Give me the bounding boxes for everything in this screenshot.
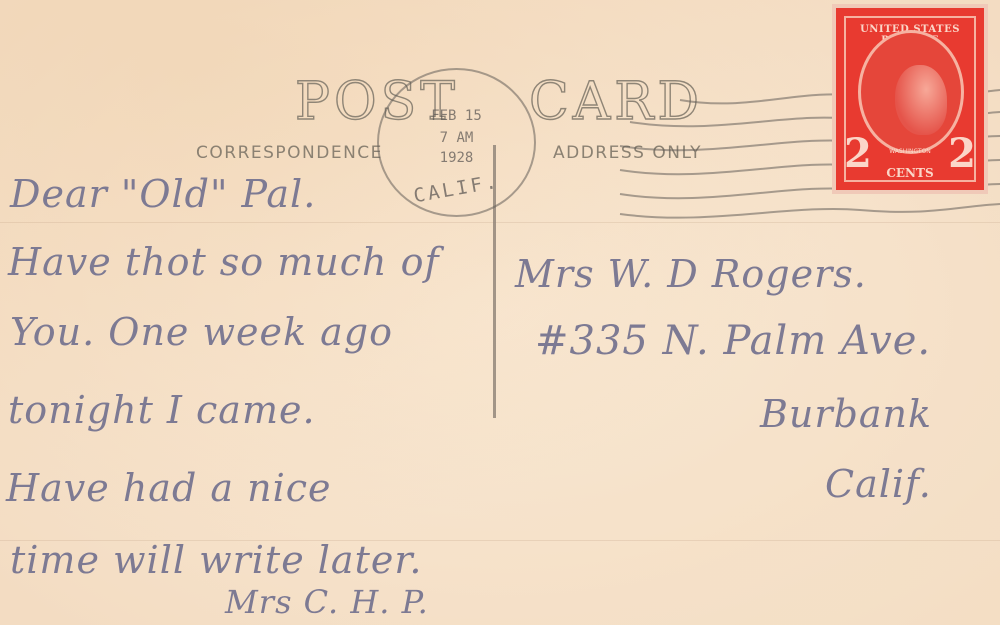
message-line: time will write later.: [10, 538, 422, 582]
address-line: Mrs W. D Rogers.: [515, 252, 867, 296]
message-signature: Mrs C. H. P.: [225, 583, 429, 621]
postmark: FEB 15 7 AM 1928 CALIF.: [377, 68, 536, 217]
message-line: You. One week ago: [10, 310, 393, 354]
address-line: #335 N. Palm Ave.: [535, 318, 931, 364]
message-line: Have thot so much of: [8, 240, 440, 284]
address-line: Burbank: [760, 392, 932, 436]
postmark-time: 7 AM: [379, 130, 534, 146]
washington-portrait-icon: [895, 65, 947, 135]
message-line: Have had a nice: [6, 466, 332, 510]
postmark-state: CALIF.: [378, 165, 534, 214]
postmark-date: FEB 15: [379, 108, 534, 124]
postcard-back: POSTCARD CORRESPONDENCE ADDRESS ONLY FEB…: [0, 0, 1000, 625]
address-line: Calif.: [825, 462, 932, 506]
postmark-year: 1928: [379, 150, 534, 166]
stamp-cents: CENTS: [836, 166, 984, 180]
message-line: tonight I came.: [8, 388, 316, 432]
postage-stamp: UNITED STATES POSTAGE WASHINGTON 2 2 CEN…: [836, 8, 984, 190]
correspondence-label: CORRESPONDENCE: [196, 143, 383, 163]
message-line: Dear "Old" Pal.: [10, 172, 316, 216]
